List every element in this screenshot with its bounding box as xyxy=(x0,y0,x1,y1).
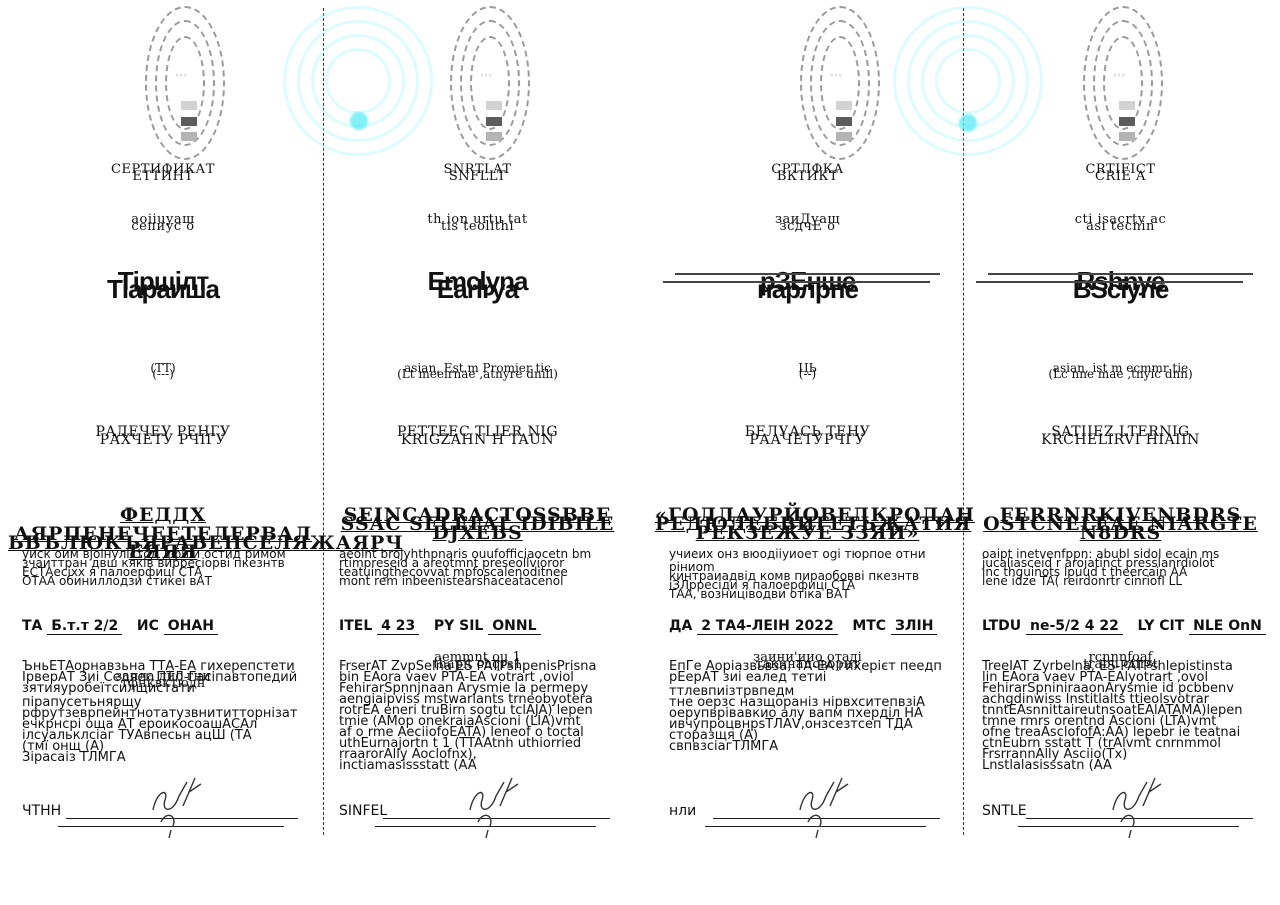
date-label: ТА xyxy=(22,618,42,634)
place-label: МТС xyxy=(852,618,886,634)
certificate-heading: SNRTLATSNFLLT xyxy=(325,163,630,183)
emblem-label: ◦◦◦ xyxy=(830,72,842,80)
signature-label: SNTLE xyxy=(982,803,1027,819)
recipient-paren-text: (--) xyxy=(655,368,960,380)
certificate-panel-3: ◦◦◦ СРТЛФКАВКТИКТ заиДуащзсдчЕ о рЗЕншен… xyxy=(655,0,960,905)
heading-text: SNFLLT xyxy=(325,170,630,183)
recipient-paren-text: (Lc nne mae ,tnyic dnn) xyxy=(968,368,1273,380)
body-text: mont rem inbeenistearshaceatacenol xyxy=(339,575,624,588)
name-underline-top xyxy=(988,273,1253,275)
certificate-heading: СРТЛФКАВКТИКТ xyxy=(655,163,960,183)
date-place-line: ТА Б.т.т 2/2 ИС ОНАН xyxy=(22,618,218,634)
certificate-title: FERRNRKIVENBDRSOSTCNELEAE NIARGTEN8DRS xyxy=(968,506,1273,543)
heading-text: CRIE A xyxy=(968,170,1273,183)
recipient-details: asian, ist m ecmmr tie(Lc nne mae ,tnyic… xyxy=(968,362,1273,380)
certificate-body-text: aeoint brojyhthpnaris ouufofficiaocetn b… xyxy=(339,548,624,588)
awarded-for-label: БЕЛУАСЬ ТЕНУРААЧЕТУРЧГУ xyxy=(655,425,960,447)
certificate-subheading: th ion urtu tattis teolithi xyxy=(325,213,630,233)
subheading-text: сепиус о xyxy=(8,220,318,233)
awarded-for-text: KRCHELIRVI HIAIIN xyxy=(968,433,1273,447)
certificate-subheading: cti isacrty acasi tecnin xyxy=(968,213,1273,233)
date-place-line: ITEL 4 23 PY SIL ONNL xyxy=(339,618,541,634)
date-value: 2 ТА4-ЛЕІН 2022 xyxy=(697,618,838,635)
emblem-label: ◦◦◦ xyxy=(175,72,187,80)
awarded-for-text: РАХЧЕТУ РЧІГУ xyxy=(8,433,318,447)
seal-emblem-icon: ◦◦◦ xyxy=(145,6,225,156)
recipient-name: EmclynaEarlrya xyxy=(325,268,630,302)
awarded-for-text: KRIGZAHN H TAUN xyxy=(325,433,630,447)
seal-emblem-icon: ◦◦◦ xyxy=(1083,6,1163,156)
place-label: ИС xyxy=(137,618,159,634)
name-underline-bottom xyxy=(976,281,1243,283)
recipient-name-text: BSciyne xyxy=(968,276,1273,302)
date-label: ITEL xyxy=(339,618,372,634)
place-value: ЗЛІН xyxy=(891,618,938,635)
certificate-paragraph: ЪньЕТАорнавзьна ТТА-ЕА гихерепстетиІрвер… xyxy=(22,660,312,765)
heading-text: ВКТИКТ xyxy=(655,170,960,183)
body-text: lene idze TA( reirdonrtr cinriofl LL xyxy=(982,575,1267,588)
recipient-name-text: Earlrya xyxy=(325,276,630,302)
date-value: ne-5/2 4 22 xyxy=(1026,618,1123,635)
place-value: NLE OnN xyxy=(1189,618,1266,635)
certificate-subheading: aoiiuyaшсепиус о xyxy=(8,213,318,233)
signature-label: ЧТНН xyxy=(22,803,61,819)
body-text: ТАА, возниціводви отіка ВАТ xyxy=(669,588,954,601)
recipient-details: asian, Est.m Promier tic(Lt meeirnae ,at… xyxy=(325,362,630,380)
certificate-heading: СЕРТИФИКАТЕТТИНТ xyxy=(8,163,318,183)
recipient-name-text: Тіараиша xyxy=(8,276,318,302)
emblem-label: ◦◦◦ xyxy=(1113,72,1125,80)
cut-line-divider xyxy=(323,8,324,835)
recipient-name-text: нарлрпе xyxy=(655,276,960,302)
certificate-heading: CRTIFICTCRIE A xyxy=(968,163,1273,183)
signature-label: SINFEL xyxy=(339,803,387,819)
recipient-details: ЦЬ(--) xyxy=(655,362,960,380)
recipient-paren-text: (---) xyxy=(8,368,318,380)
subheading-text: зсдчЕ о xyxy=(655,220,960,233)
name-underline-top xyxy=(675,273,940,275)
certificate-subheading: заиДуащзсдчЕ о xyxy=(655,213,960,233)
paragraph-line: Зірасаіз ТЛМГА xyxy=(22,751,312,765)
body-text: ОТАА обиниллодзи стикеі вАТ xyxy=(22,575,312,588)
awarded-for-label: PETTEEC TLIER NIGKRIGZAHN H TAUN xyxy=(325,425,630,447)
awarded-for-label: РАДЕЧЕУ РЕНГУРАХЧЕТУ РЧІГУ xyxy=(8,425,318,447)
certificate-paragraph: ЕпГе Аорiазвьвза, ТА-ЕА гихерієт пеедпрЕ… xyxy=(669,660,954,754)
place-label: LY CIT xyxy=(1138,618,1185,634)
seal-emblem-icon: ◦◦◦ xyxy=(450,6,530,156)
certificate-title: «ГОДДАУРЙОВЕДКРОДАНРЕДЮДЕБВИГЕТЬЖАТИЯРЕК… xyxy=(655,506,960,543)
signature-label: нли xyxy=(669,803,696,819)
date-place-line: LTDU ne-5/2 4 22 LY CIT NLE OnN xyxy=(982,618,1266,634)
paragraph-line: свпвзсіагТЛМГА xyxy=(669,740,954,754)
awarded-for-text: РААЧЕТУРЧГУ xyxy=(655,433,960,447)
place-value: ОНАН xyxy=(164,618,218,635)
date-label: LTDU xyxy=(982,618,1021,634)
recipient-details: (ТТ)(---) xyxy=(8,362,318,380)
certificate-panel-4: ◦◦◦ CRTIFICTCRIE A cti isacrty acasi tec… xyxy=(968,0,1273,905)
place-value: ONNL xyxy=(488,618,540,635)
date-value: 4 23 xyxy=(377,618,419,635)
date-value: Б.т.т 2/2 xyxy=(47,618,122,635)
certificate-body-text: уиск оим вjоінулістод дфиіи остид римомз… xyxy=(22,548,312,588)
cut-line-divider xyxy=(963,8,964,835)
subheading-text: asi tecnin xyxy=(968,220,1273,233)
handwritten-signature-icon xyxy=(1103,770,1163,840)
heading-text: ЕТТИНТ xyxy=(8,170,318,183)
seal-emblem-icon: ◦◦◦ xyxy=(800,6,880,156)
certificate-body-text: oaipt inetvenfppn: abubl sidol ecain msj… xyxy=(982,548,1267,588)
place-label: PY SIL xyxy=(434,618,484,634)
certificate-title: SEINCADRACTOSSBBESSAC SELEFAL IDIBILEDJX… xyxy=(325,506,630,543)
name-underline-bottom xyxy=(663,281,930,283)
awarded-for-label: SATIIEZ LTERNIGKRCHELIRVI HIAIIN xyxy=(968,425,1273,447)
title-text: РЕКЗЕЖУЕ ЗЗЯИ» xyxy=(655,524,960,543)
handwritten-signature-icon xyxy=(460,770,520,840)
certificate-paragraph: FrserAT ZvpSelna ES PATPshpenisPrisnabin… xyxy=(339,660,624,773)
certificate-body-text: учиеиx онз вюодііуиoeт ogi тюрпое отни р… xyxy=(669,548,954,601)
certificate-paragraph: TreeIAT Zyrbelna, ES-PATPshlepistinstali… xyxy=(982,660,1267,773)
certificate-panel-2: ◦◦◦ SNRTLATSNFLLT th ion urtu tattis teo… xyxy=(325,0,630,905)
date-place-line: ДА 2 ТА4-ЛЕІН 2022 МТС ЗЛІН xyxy=(669,618,937,634)
subheading-text: tis teolithi xyxy=(325,220,630,233)
emblem-label: ◦◦◦ xyxy=(480,72,492,80)
recipient-name: ТірщілтТіараиша xyxy=(8,268,318,302)
recipient-paren-text: (Lt meeirnae ,atnyre dnill) xyxy=(325,368,630,380)
date-label: ДА xyxy=(669,618,692,634)
certificate-panel-1: ◦◦◦ СЕРТИФИКАТЕТТИНТ aoiiuyaшсепиус о Ті… xyxy=(8,0,318,905)
handwritten-signature-icon xyxy=(143,770,203,840)
handwritten-signature-icon xyxy=(790,770,850,840)
